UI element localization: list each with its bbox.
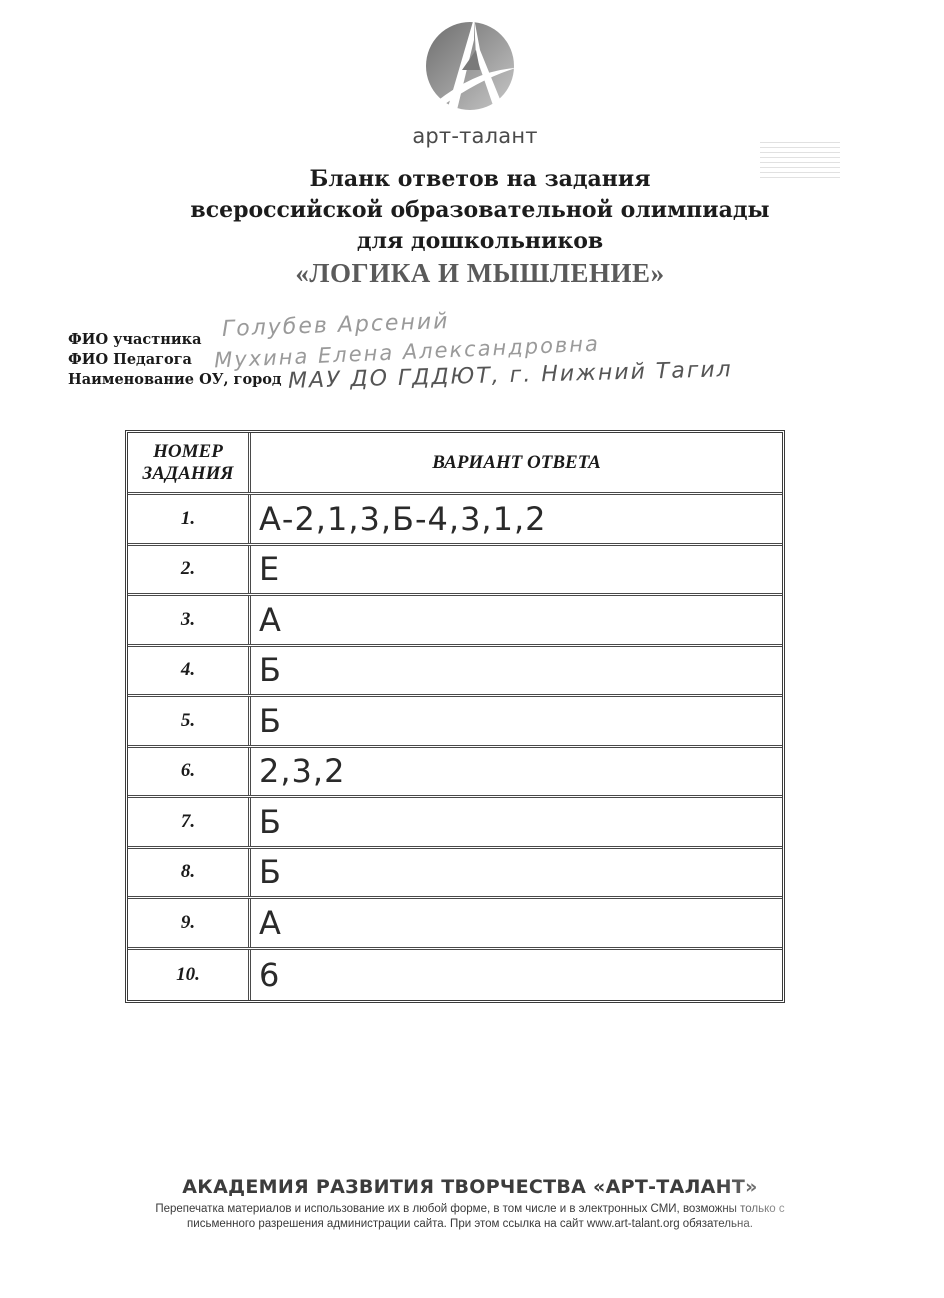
brand-name: арт-талант [360, 124, 590, 148]
task-number: 10. [128, 950, 251, 1001]
task-number: 7. [128, 798, 251, 846]
answer-cell[interactable]: Е [251, 546, 782, 594]
art-talant-logo-icon [416, 10, 524, 118]
answer-text: Б [259, 705, 282, 737]
table-row: 9.А [128, 899, 782, 950]
task-number: 1. [128, 495, 251, 543]
header-answer: ВАРИАНТ ОТВЕТА [251, 433, 782, 492]
task-number: 5. [128, 697, 251, 745]
answers-table: НОМЕР ЗАДАНИЯ ВАРИАНТ ОТВЕТА 1.А-2,1,3,Б… [125, 430, 785, 1003]
table-header-row: НОМЕР ЗАДАНИЯ ВАРИАНТ ОТВЕТА [128, 433, 782, 495]
header-task-number-line1: НОМЕР [153, 441, 223, 463]
answer-cell[interactable]: Б [251, 849, 782, 897]
answer-text: А [259, 604, 282, 636]
answer-text: А-2,1,3,Б-4,3,1,2 [259, 503, 546, 535]
teacher-label: ФИО Педагога [68, 351, 192, 368]
answer-text: 2,3,2 [259, 755, 345, 787]
task-number: 8. [128, 849, 251, 897]
header-task-number: НОМЕР ЗАДАНИЯ [128, 433, 251, 492]
task-number: 6. [128, 748, 251, 796]
answer-text: Е [259, 553, 280, 585]
answer-cell[interactable]: Б [251, 798, 782, 846]
table-row: 10.6 [128, 950, 782, 1001]
table-row: 1.А-2,1,3,Б-4,3,1,2 [128, 495, 782, 546]
table-row: 7.Б [128, 798, 782, 849]
table-row: 6.2,3,2 [128, 748, 782, 799]
answer-text: Б [259, 806, 282, 838]
participant-label: ФИО участника [68, 331, 201, 348]
answer-text: Б [259, 654, 282, 686]
answer-cell[interactable]: А [251, 899, 782, 947]
org-label: Наименование ОУ, город [68, 371, 282, 388]
task-number: 2. [128, 546, 251, 594]
answer-text: А [259, 907, 282, 939]
table-row: 4.Б [128, 647, 782, 698]
scan-fade [714, 1170, 944, 1240]
task-number: 9. [128, 899, 251, 947]
olympiad-name: «ЛОГИКА И МЫШЛЕНИЕ» [120, 258, 840, 289]
task-number: 3. [128, 596, 251, 644]
document-title-line3: для дошкольников [120, 228, 840, 254]
answer-cell[interactable]: Б [251, 647, 782, 695]
scan-artifact [760, 138, 840, 178]
answer-cell[interactable]: 6 [251, 950, 782, 1001]
document-title-line1: Бланк ответов на задания [120, 166, 840, 192]
table-row: 5.Б [128, 697, 782, 748]
answer-cell[interactable]: А [251, 596, 782, 644]
table-row: 8.Б [128, 849, 782, 900]
answer-text: 6 [259, 959, 280, 991]
participant-field[interactable]: Голубев Арсений [222, 309, 450, 342]
footer-title: АКАДЕМИЯ РАЗВИТИЯ ТВОРЧЕСТВА «АРТ-ТАЛАНТ… [150, 1176, 790, 1198]
task-number: 4. [128, 647, 251, 695]
answer-text: Б [259, 856, 282, 888]
document-title-line2: всероссийской образовательной олимпиады [120, 197, 840, 223]
header-task-number-line2: ЗАДАНИЯ [143, 463, 234, 485]
answer-cell[interactable]: 2,3,2 [251, 748, 782, 796]
table-row: 2.Е [128, 546, 782, 597]
table-row: 3.А [128, 596, 782, 647]
answer-cell[interactable]: А-2,1,3,Б-4,3,1,2 [251, 495, 782, 543]
answer-cell[interactable]: Б [251, 697, 782, 745]
